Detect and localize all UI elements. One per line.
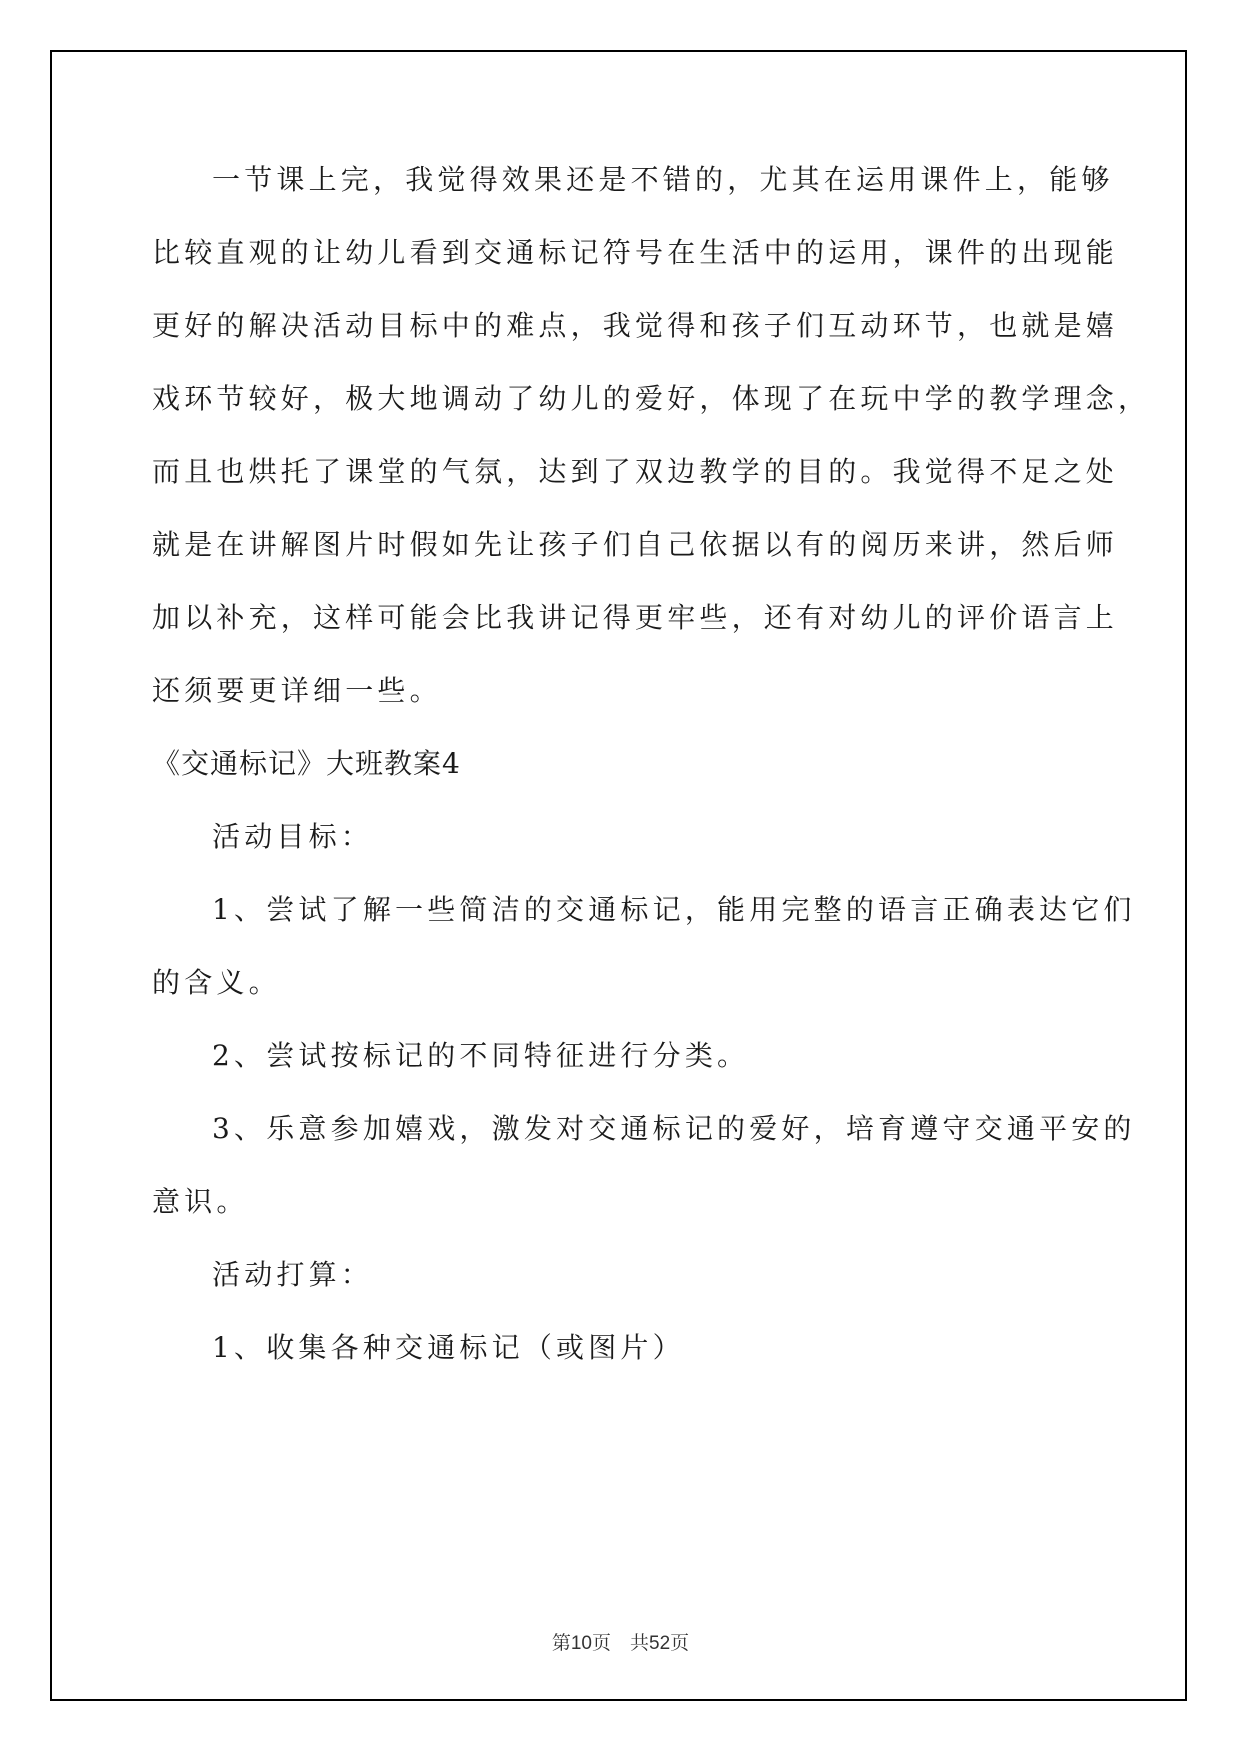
subheading-activity-preparation: 活动打算：	[212, 1255, 373, 1295]
subheading-activity-goals: 活动目标：	[212, 817, 373, 857]
section-heading: 《交通标记》大班教案4	[152, 744, 461, 784]
list-item: 1、收集各种交通标记（或图片）	[212, 1328, 685, 1368]
paragraph-line: 还须要更详细一些。	[152, 671, 442, 711]
list-item: 2、尝试按标记的不同特征进行分类。	[212, 1036, 749, 1076]
list-item: 1、尝试了解一些简洁的交通标记，能用完整的语言正确表达它们	[212, 890, 1136, 930]
paragraph-line: 戏环节较好，极大地调动了幼儿的爱好，体现了在玩中学的教学理念，	[152, 379, 1150, 419]
list-item-continuation: 的含义。	[152, 963, 281, 1003]
page-footer: 第10页 共52页	[0, 1628, 1241, 1655]
paragraph-line: 更好的解决活动目标中的难点，我觉得和孩子们互动环节，也就是嬉	[152, 306, 1118, 346]
footer-mid: 页 共	[592, 1633, 649, 1654]
list-item: 3、乐意参加嬉戏，激发对交通标记的爱好，培育遵守交通平安的	[212, 1109, 1136, 1149]
list-item-continuation: 意识。	[152, 1182, 249, 1222]
footer-prefix: 第	[552, 1633, 571, 1654]
paragraph-line: 加以补充，这样可能会比我讲记得更牢些，还有对幼儿的评价语言上	[152, 598, 1118, 638]
paragraph-line: 比较直观的让幼儿看到交通标记符号在生活中的运用，课件的出现能	[152, 233, 1118, 273]
paragraph-line: 就是在讲解图片时假如先让孩子们自己依据以有的阅历来讲，然后师	[152, 525, 1118, 565]
footer-suffix: 页	[670, 1633, 689, 1654]
paragraph-line: 而且也烘托了课堂的气氛，达到了双边教学的目的。我觉得不足之处	[152, 452, 1118, 492]
paragraph-line: 一节课上完，我觉得效果还是不错的，尤其在运用课件上，能够	[212, 160, 1114, 200]
current-page-number: 10	[571, 1633, 592, 1654]
page-border	[50, 50, 1187, 1701]
total-pages-number: 52	[649, 1633, 670, 1654]
